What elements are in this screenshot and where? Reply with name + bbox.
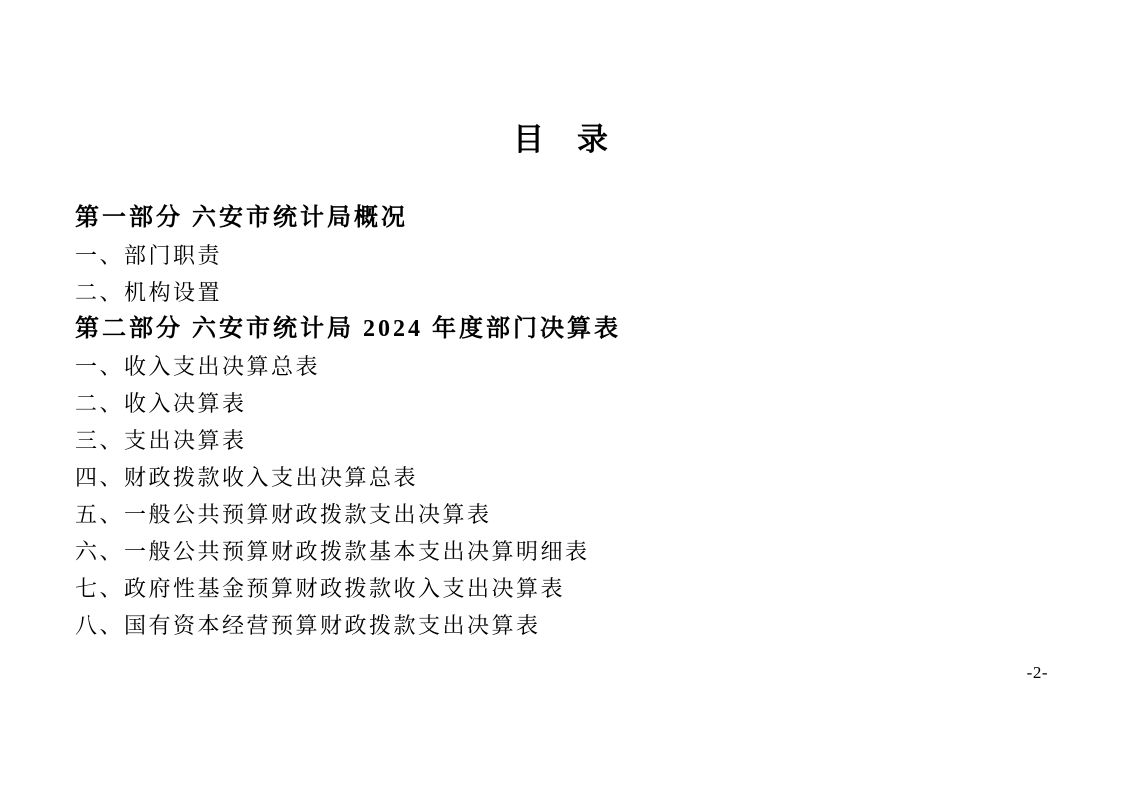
- toc-heading-part-1: 第一部分 六安市统计局概况: [75, 200, 1055, 237]
- toc-item-general-public-budget-basic-expenditure-detail: 六、一般公共预算财政拨款基本支出决算明细表: [75, 533, 1055, 570]
- toc-item-fiscal-appropriation-summary: 四、财政拨款收入支出决算总表: [75, 459, 1055, 496]
- toc-item-general-public-budget-expenditure: 五、一般公共预算财政拨款支出决算表: [75, 496, 1055, 533]
- toc-item-department-duties: 一、部门职责: [75, 237, 1055, 274]
- page-number: -2-: [1027, 663, 1048, 683]
- toc-item-state-capital-budget: 八、国有资本经营预算财政拨款支出决算表: [75, 607, 1055, 644]
- toc-item-expenditure-statement: 三、支出决算表: [75, 422, 1055, 459]
- page-title: 目 录: [0, 122, 1122, 158]
- toc-heading-part-2: 第二部分 六安市统计局 2024 年度部门决算表: [75, 311, 1055, 348]
- toc-item-government-fund-budget: 七、政府性基金预算财政拨款收入支出决算表: [75, 570, 1055, 607]
- document-page: 目 录 第一部分 六安市统计局概况 一、部门职责 二、机构设置 第二部分 六安市…: [0, 0, 1122, 793]
- toc-item-income-statement: 二、收入决算表: [75, 385, 1055, 422]
- table-of-contents: 第一部分 六安市统计局概况 一、部门职责 二、机构设置 第二部分 六安市统计局 …: [75, 200, 1055, 644]
- toc-item-organization-setup: 二、机构设置: [75, 274, 1055, 311]
- toc-item-income-expenditure-summary: 一、收入支出决算总表: [75, 348, 1055, 385]
